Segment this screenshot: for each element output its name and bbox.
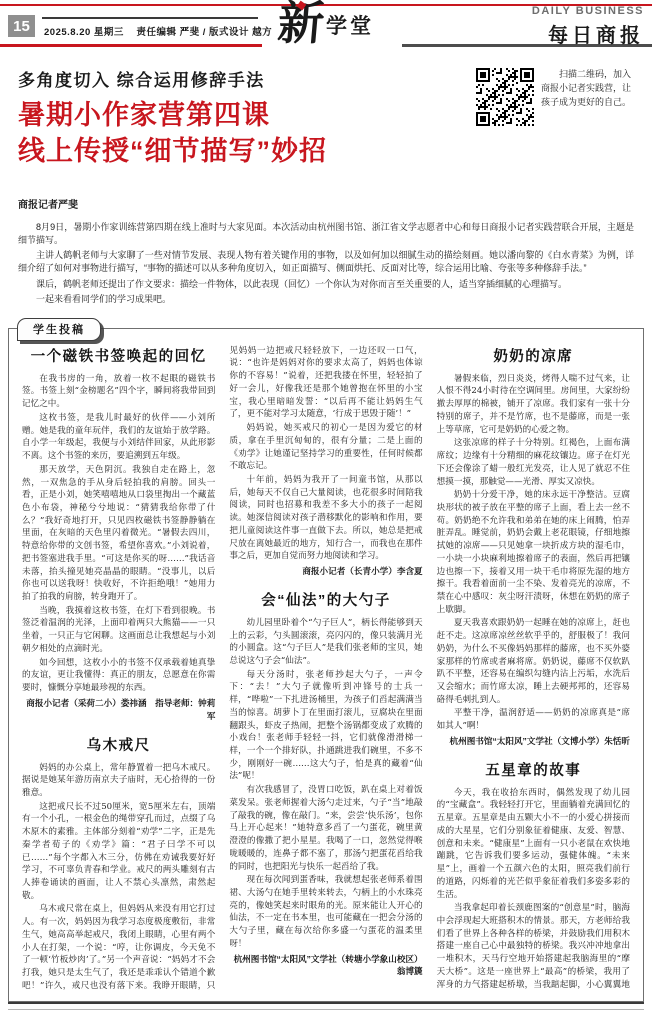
lead-paragraphs: 8月9日，暑期小作家训练营第四期在线上准时与大家见面。本次活动由杭州图书馆、浙江… bbox=[18, 221, 634, 306]
student-section: 学生投稿 一个磁铁书签唤起的回忆在我书房的一角，放着一枚不起眼的磁铁书签。书签上… bbox=[8, 328, 644, 1002]
footer-rules bbox=[8, 1002, 644, 1010]
header-red-rule bbox=[0, 44, 262, 47]
article-paragraph: 有次我感冒了，没胃口吃饭，趴在桌上对着饭菜发呆。张老师握着大汤勺走过来，勺子“当… bbox=[229, 784, 422, 873]
footer-rule-thick bbox=[8, 1002, 644, 1004]
article-paragraph: 妈妈的办公桌上，常年静置着一把乌木戒尺。据说是她某年游历南京夫子庙时，无心拾得的… bbox=[22, 762, 215, 800]
footer-rule-thin bbox=[8, 1009, 644, 1010]
qr-caption: 扫描二维码，加入商报小记者实践营，让孩子成为更好的自己。 bbox=[541, 68, 631, 126]
qr-code bbox=[476, 68, 534, 126]
article-paragraph: 那天放学，天色阴沉。我独自走在路上，忽然，一双焦急的手从身后轻拍我的肩膀。回头一… bbox=[22, 464, 215, 604]
article-paragraph: 当晚，我摸着这枚书签，在灯下看到很晚。书签泛着温润的光泽，上面印着两只大熊猫——… bbox=[22, 605, 215, 656]
article-byline: 杭州图书馆“太阳风”文学社（转塘小学象山校区）翁博篪 bbox=[229, 953, 422, 979]
page-number: 15 bbox=[8, 15, 35, 37]
reporter-byline: 商报记者严斐 bbox=[18, 196, 634, 211]
date-text: 2025.8.20 星期三 bbox=[44, 27, 124, 38]
article-paragraph: 十年前，妈妈为我开了一间童书馆，从那以后，她每天不仅自己大量阅读，也花很多时间陪… bbox=[229, 474, 422, 563]
masthead-subtitle: 学堂 bbox=[326, 10, 374, 46]
article-title: 一个磁铁书签唤起的回忆 bbox=[22, 345, 215, 366]
article-title: 奶奶的凉席 bbox=[437, 345, 630, 366]
article-byline: 商报小记者（采荷二小）娄祎涵 指导老师：钟莉军 bbox=[22, 697, 215, 723]
editor-text: 责任编辑 严斐 / 版式设计 越方 bbox=[136, 27, 272, 38]
headline-block: 多角度切入 综合运用修辞手法 暑期小作家营第四课 线上传授“细节描写”妙招 扫描… bbox=[18, 66, 634, 182]
articles-flow: 一个磁铁书签唤起的回忆在我书房的一角，放着一枚不起眼的磁铁书签。书签上刻“金榜题… bbox=[9, 329, 643, 1001]
lead-paragraph: 一起来看看同学们的学习成果吧。 bbox=[18, 293, 634, 306]
article-title: 会“仙法”的大勺子 bbox=[229, 589, 422, 610]
article-paragraph: 这枚书签，是我儿时最好的伙伴——小刘所赠。她是我的童年玩伴，我们的友谊始于放学路… bbox=[22, 412, 215, 463]
paper-name-en: DAILY BUSINESS bbox=[532, 5, 644, 17]
article-paragraph: 每天分汤时，张老师抄起大勺子，一声令下：“去！”大勺子就像听到冲锋号的士兵一样，… bbox=[229, 669, 422, 783]
article-paragraph: 这把戒尺长不过50厘米，宽5厘米左右，顶端有一个小孔，一根金色的绳带穿孔而过，点… bbox=[22, 801, 215, 903]
article-paragraph: 暑假来临，烈日炎炎，烤得人喘不过气来，让人恨不得24小时待在空调间里。房间里，大… bbox=[437, 373, 630, 437]
section-tab: 学生投稿 bbox=[17, 318, 101, 341]
article-paragraph: 现在每次闻到蛋香味，我就想起张老师系着围裙、大汤勺在她手里转来转去，勺柄上的小水… bbox=[229, 874, 422, 950]
article-paragraph: 平整干净，温润舒适——奶奶的凉席真是“席如其人”啊！ bbox=[437, 707, 630, 732]
article-paragraph: 这张凉席的样子十分特别。红褐色，上面布满席纹；边缘有十分精细的麻花纹镶边。席子在… bbox=[437, 437, 630, 488]
qr-block: 扫描二维码，加入商报小记者实践营，让孩子成为更好的自己。 bbox=[476, 68, 634, 126]
article: 奶奶的凉席暑假来临，烈日炎炎，烤得人喘不过气来，让人恨不得24小时待在空调间里。… bbox=[437, 345, 630, 748]
article-title: 五星章的故事 bbox=[437, 759, 630, 780]
article-paragraph: 夏天我喜欢跟奶奶一起睡在她的凉席上，赶也赶不走。这凉席凉丝丝软乎乎的，舒服极了！… bbox=[437, 617, 630, 706]
main-headline-line2: 线上传授“细节描写”妙招 bbox=[18, 134, 634, 170]
page-header: 15 2025.8.20 星期三 责任编辑 严斐 / 版式设计 越方 新 学堂 … bbox=[0, 0, 652, 52]
article-byline: 商报小记者（长青小学）李含夏 bbox=[229, 565, 422, 578]
article-paragraph: 在我书房的一角，放着一枚不起眼的磁铁书签。书签上刻“金榜题名”四个字，瞬间将我带… bbox=[22, 373, 215, 411]
article-paragraph: 妈妈说，她买戒尺的初心一是因为爱它的材质，拿在手里沉甸甸的，很有分量；二是上面的… bbox=[229, 422, 422, 473]
article-paragraph: 如今回想，这枚小小的书签不仅承载着她真挚的友谊，更让我懂得：真正的朋友，总愿意在… bbox=[22, 657, 215, 695]
paper-name-block: DAILY BUSINESS 每日商报 bbox=[532, 5, 644, 48]
lead-paragraph: 主讲人鹤帆老师与大家聊了一些对情节发展、表现人物有着关键作用的事物，以及如何加以… bbox=[18, 249, 634, 275]
article-paragraph: 奶奶十分爱干净，她的床永远干净整洁。豆腐块形状的被子放在平整的席子上面，看上去一… bbox=[437, 489, 630, 616]
masthead: 新 学堂 bbox=[278, 2, 374, 46]
lead-paragraph: 课后，鹤帆老师还提出了作文要求：描绘一件物体，以此表现（回忆）一个你认为对你而言… bbox=[18, 278, 634, 291]
article-paragraph: 幼儿园里卧着个“勺子巨人”，柄长得能够到天上的云彩，勺头圆滚滚，亮闪闪的，像只装… bbox=[229, 617, 422, 668]
header-rule-left bbox=[42, 17, 258, 19]
article-title: 乌木戒尺 bbox=[22, 734, 215, 755]
paper-name-cn: 每日商报 bbox=[532, 19, 644, 48]
article: 一个磁铁书签唤起的回忆在我书房的一角，放着一枚不起眼的磁铁书签。书签上刻“金榜题… bbox=[22, 345, 215, 723]
lead-paragraph: 8月9日，暑期小作家训练营第四期在线上准时与大家见面。本次活动由杭州图书馆、浙江… bbox=[18, 221, 634, 247]
article-byline: 杭州图书馆“太阳风”文学社（文博小学）朱恬昕 bbox=[437, 735, 630, 748]
article-paragraph: 今天，我在收拾东西时，偶然发现了幼儿园的“宝藏盒”。我轻轻打开它，里面躺着充满回… bbox=[437, 787, 630, 901]
article: 会“仙法”的大勺子幼儿园里卧着个“勺子巨人”，柄长得能够到天上的云彩，勺头圆滚滚… bbox=[229, 589, 422, 978]
date-editor-line: 2025.8.20 星期三 责任编辑 严斐 / 版式设计 越方 bbox=[44, 24, 272, 38]
